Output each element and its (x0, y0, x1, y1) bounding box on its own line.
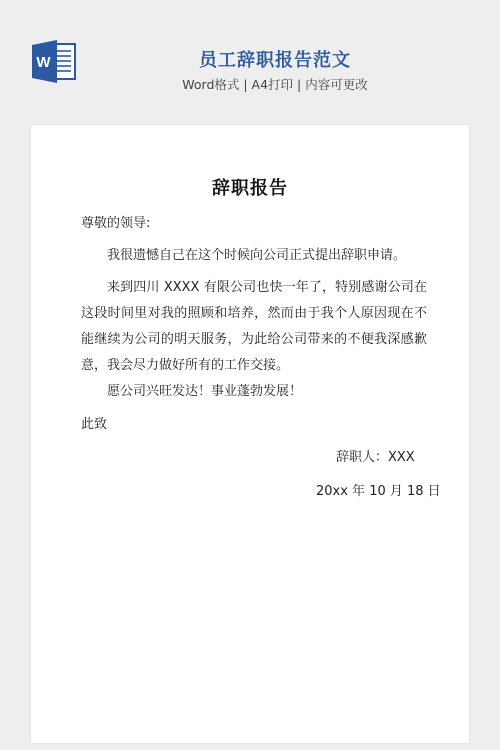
salutation: 尊敬的领导: (81, 211, 150, 237)
closing: 此致 (81, 412, 107, 438)
paragraph: 我很遗憾自己在这个时候向公司正式提出辞职申请。 (81, 243, 406, 269)
page-subtitle: Word格式 | A4打印 | 内容可更改 (0, 75, 500, 93)
paragraph: 来到四川 XXXX 有限公司也快一年了，特别感谢公司在这段时间里对我的照顾和培养… (81, 275, 427, 379)
page-title: 员工辞职报告范文 (0, 46, 500, 72)
date: 20xx 年 10 月 18 日 (316, 479, 441, 505)
signer: 辞职人：XXX (336, 445, 415, 471)
header: W 员工辞职报告范文 Word格式 | A4打印 | 内容可更改 (0, 0, 500, 125)
document-page: 辞职报告 尊敬的领导: 我很遗憾自己在这个时候向公司正式提出辞职申请。 来到四川… (31, 125, 469, 743)
paragraph: 愿公司兴旺发达！事业蓬勃发展！ (81, 379, 302, 405)
document-title: 辞职报告 (31, 174, 469, 200)
